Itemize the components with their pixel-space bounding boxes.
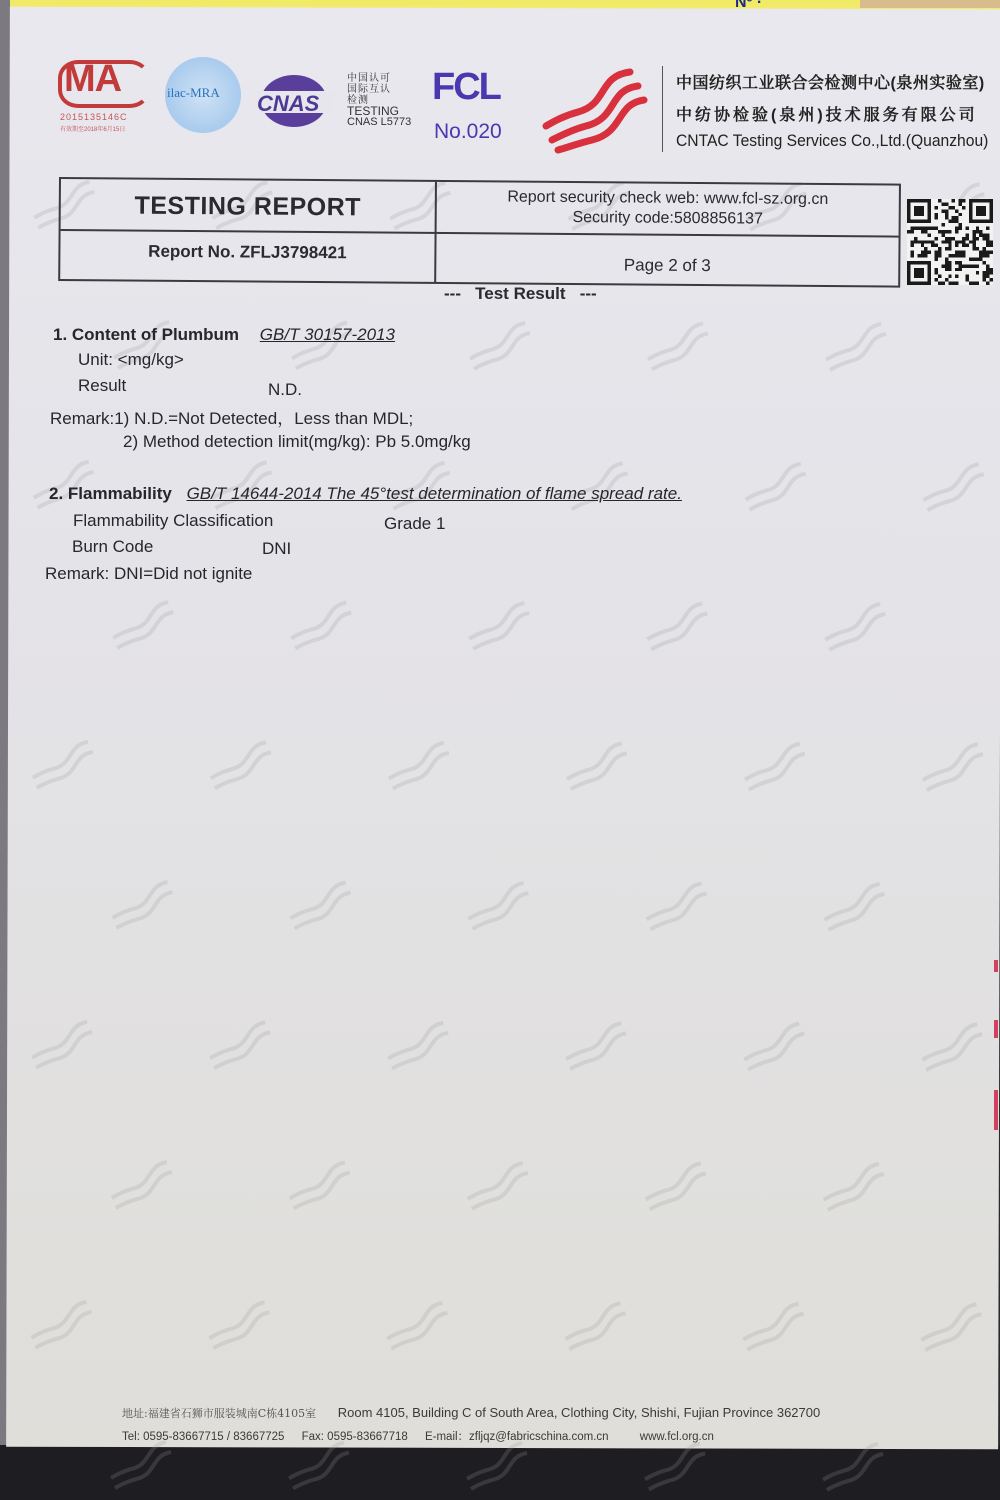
cma-number: 2015135146C xyxy=(60,112,128,122)
watermark-icon xyxy=(821,319,891,374)
qr-code-icon xyxy=(906,199,994,285)
watermark-icon xyxy=(108,597,178,652)
watermark-icon xyxy=(285,877,355,932)
org-name-en: CNTAC Testing Services Co.,Ltd.(Quanzhou… xyxy=(676,131,988,151)
cma-logo-text: MA xyxy=(64,58,121,101)
organization-name: 中国纺织工业联合会检测中心(泉州实验室) 中纺协检验(泉州)技术服务有限公司 C… xyxy=(676,70,1000,151)
watermark-icon xyxy=(641,878,711,933)
test-1-remark-2: 2) Method detection limit(mg/kg): Pb 5.0… xyxy=(123,432,471,452)
footer-tel: Tel: 0595-83667715 / 83667725 xyxy=(122,1431,284,1443)
watermark-icon xyxy=(463,878,533,933)
ilac-logo-text: ilac-MRA xyxy=(167,85,220,101)
cnas-logo-text: CNAS xyxy=(257,91,319,117)
watermark-icon xyxy=(561,1018,631,1073)
watermark-icon xyxy=(643,318,713,373)
watermark-icon xyxy=(741,459,811,514)
watermark-icon xyxy=(26,1297,96,1352)
watermark-icon xyxy=(465,318,535,373)
fcl-number: No.020 xyxy=(434,120,502,144)
watermark-icon xyxy=(918,739,988,794)
footer-fax: Fax: 0595-83667718 xyxy=(302,1431,408,1443)
cma-logo: MA 2015135146C 有效期至2018年6月15日 xyxy=(58,58,148,136)
section-heading: --- Test Result --- xyxy=(444,284,597,304)
watermark-icon xyxy=(285,1157,355,1212)
table-shadow xyxy=(0,1445,1000,1500)
watermark-icon xyxy=(820,599,890,654)
test-1-remark-1: Remark:1) N.D.=Not Detected，Less than MD… xyxy=(50,404,413,429)
test-1-title-row: 1. Content of Plumbum GB/T 30157-2013 xyxy=(53,325,395,345)
watermark-icon xyxy=(641,1158,711,1213)
watermark-icon xyxy=(562,738,632,793)
watermark-icon xyxy=(107,877,177,932)
watermark-icon xyxy=(642,598,712,653)
test-2-title-row: 2. Flammability GB/T 14644-2014 The 45°t… xyxy=(49,484,682,504)
report-title: TESTING REPORT xyxy=(61,191,435,223)
watermark-icon xyxy=(286,597,356,652)
watermark-icon xyxy=(819,879,889,934)
test-2-title: 2. Flammability xyxy=(49,484,172,503)
test-1-standard: GB/T 30157-2013 xyxy=(260,325,395,344)
cnas-mark-cn-1: 中国认可 xyxy=(347,73,427,84)
security-code: Security code:5808856137 xyxy=(437,207,899,231)
header-divider xyxy=(662,66,663,152)
stamp-edge-marks xyxy=(994,960,998,1160)
test-2-remark: Remark: DNI=Did not ignite xyxy=(45,564,252,584)
watermark-icon xyxy=(917,1019,987,1074)
watermark-icon xyxy=(28,737,98,792)
watermark-icon xyxy=(740,739,810,794)
org-name-cn-1: 中国纺织工业联合会检测中心(泉州实验室) xyxy=(676,70,1000,93)
org-name-cn-2: 中纺协检验(泉州)技术服务有限公司 xyxy=(676,102,1000,125)
cnas-mark-cn-2: 国际互认 xyxy=(347,84,427,95)
report-number: Report No. ZFLJ3798421 xyxy=(60,241,434,264)
cma-validity: 有效期至2018年6月15日 xyxy=(60,124,125,133)
page-number: Page 2 of 3 xyxy=(436,254,898,278)
watermark-icon xyxy=(107,1157,177,1212)
test-1-result-label: Result xyxy=(78,376,126,396)
cnas-logo: CNAS xyxy=(255,75,333,127)
test-1-title: 1. Content of Plumbum xyxy=(53,325,239,344)
watermark-icon xyxy=(464,598,534,653)
footer-website: www.fcl.org.cn xyxy=(640,1431,714,1443)
test-1-result-value: N.D. xyxy=(268,380,302,400)
watermark-icon xyxy=(382,1298,452,1353)
test-2-burn-code-label: Burn Code xyxy=(72,537,153,557)
footer-address-cn: 地址:福建省石狮市服装城南C栋4105室 xyxy=(122,1407,316,1420)
test-2-burn-code-value: DNI xyxy=(262,539,291,559)
cntac-wave-logo-icon xyxy=(538,64,648,154)
watermark-icon xyxy=(738,1299,808,1354)
footer-address: 地址:福建省石狮市服装城南C栋4105室 Room 4105, Building… xyxy=(122,1405,820,1421)
test-1-unit: Unit: <mg/kg> xyxy=(78,350,184,370)
fcl-logo: FCL No.020 xyxy=(432,66,512,146)
report-header-table: TESTING REPORT Report No. ZFLJ3798421 Re… xyxy=(58,177,901,288)
folder-tab xyxy=(860,0,1000,8)
ilac-mra-logo: ilac-MRA xyxy=(165,57,241,133)
watermark-icon xyxy=(919,459,989,514)
test-2-classification-label: Flammability Classification xyxy=(73,511,273,531)
watermark-icon xyxy=(739,1019,809,1074)
watermark-icon xyxy=(204,1297,274,1352)
table-horizontal-rule xyxy=(61,229,899,238)
watermark-icon xyxy=(384,738,454,793)
watermark-icon xyxy=(383,1018,453,1073)
footer-address-en: Room 4105, Building C of South Area, Clo… xyxy=(338,1405,820,1420)
footer-email: E-mail：zfljqz@fabricschina.com.cn xyxy=(425,1431,609,1443)
watermark-icon xyxy=(27,1017,97,1072)
security-info: Report security check web: www.fcl-sz.or… xyxy=(437,187,899,231)
test-2-classification-value: Grade 1 xyxy=(384,514,445,534)
watermark-icon xyxy=(463,1158,533,1213)
watermark-icon xyxy=(205,1017,275,1072)
watermark-icon xyxy=(206,737,276,792)
footer-contacts: Tel: 0595-83667715 / 83667725 Fax: 0595-… xyxy=(122,1428,728,1444)
cnas-mark-number: CNAS L5773 xyxy=(347,117,427,128)
watermark-icon xyxy=(819,1159,889,1214)
cnas-accreditation-mark: 中国认可 国际互认 检测 TESTING CNAS L5773 xyxy=(347,73,427,128)
test-2-standard: GB/T 14644-2014 The 45°test determinatio… xyxy=(187,484,682,503)
fcl-logo-text: FCL xyxy=(432,66,500,109)
watermark-icon xyxy=(560,1298,630,1353)
watermark-icon xyxy=(916,1299,986,1354)
